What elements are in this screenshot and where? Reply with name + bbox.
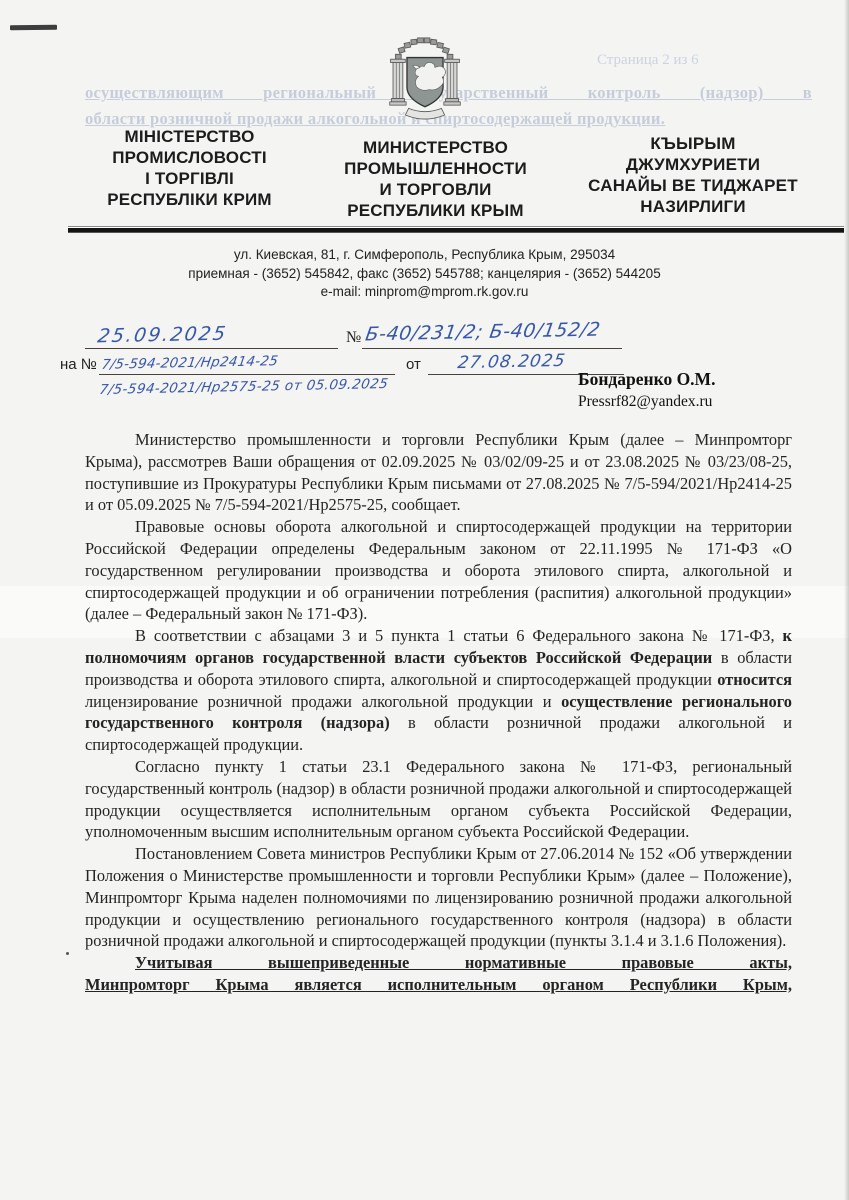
org-name-line: САНАЙЫ ВЕ ТИДЖАРЕТ — [564, 175, 822, 196]
text-run: В соответствии с абзацами 3 и 5 пункта 1… — [135, 626, 783, 645]
org-name-line: РЕСПУБЛИКИ КРЫМ — [313, 200, 558, 221]
recipient-email: Pressrf82@yandex.ru — [578, 393, 715, 411]
paragraph: В соответствии с абзацами 3 и 5 пункта 1… — [85, 625, 792, 756]
paragraph: Министерство промышленности и торговли Р… — [85, 429, 792, 516]
number-underline — [362, 348, 622, 349]
number-label: № — [346, 329, 361, 347]
incoming-number-underline — [99, 374, 395, 375]
scanned-letter-page: Страница 2 из 6 осуществляющим региональ… — [0, 0, 849, 1200]
handwritten-outgoing-number: Б-40/231/2; Б-40/152/2 — [366, 321, 600, 343]
org-name-ukrainian: МІНІСТЕРСТВО ПРОМИСЛОВОСТІ І ТОРГІВЛІ РЕ… — [72, 126, 307, 221]
org-name-line: РЕСПУБЛІКИ КРИМ — [72, 189, 307, 210]
crimea-coat-of-arms-icon — [384, 36, 466, 130]
recipient-name: Бондаренко О.М. — [578, 369, 715, 390]
reply-label: на № — [60, 356, 97, 373]
org-name-line: МИНИСТЕРСТВО — [313, 137, 558, 158]
from-label: от — [406, 356, 421, 373]
org-name-line: ДЖУМХУРИЕТИ — [564, 154, 822, 175]
paragraph: Правовые основы оборота алкогольной и сп… — [85, 516, 792, 625]
handwritten-incoming-date: 27.08.2025 — [458, 352, 565, 372]
org-name-line: КЪЫРЫМ — [564, 133, 822, 154]
text-run: лицензирование розничной продажи алкогол… — [85, 692, 561, 711]
bleedthrough-page-indicator: Страница 2 из 6 — [597, 52, 699, 69]
org-name-line: НАЗИРЛИГИ — [564, 196, 822, 217]
text-run: относится — [717, 670, 792, 689]
org-name-crimean-tatar: КЪЫРЫМ ДЖУМХУРИЕТИ САНАЙЫ ВЕ ТИДЖАРЕТ НА… — [564, 133, 822, 221]
scan-speck — [66, 952, 69, 955]
text-run: Министерство промышленности и торговли Р… — [85, 430, 792, 514]
text-run: Согласно пункту 1 статьи 23.1 Федерально… — [85, 757, 792, 841]
org-name-line: І ТОРГІВЛІ — [72, 168, 307, 189]
handwritten-incoming-number: 7/5-594-2021/Нр2414-25 — [102, 355, 278, 371]
address-block: ул. Киевская, 81, г. Симферополь, Респуб… — [0, 246, 849, 302]
date-underline — [85, 348, 338, 349]
text-run: Постановлением Совета министров Республи… — [85, 844, 792, 950]
paragraph: Учитывая вышеприведенные нормативные пра… — [85, 952, 792, 996]
header-divider-rule — [68, 226, 844, 233]
org-name-russian: МИНИСТЕРСТВО ПРОМЫШЛЕННОСТИ И ТОРГОВЛИ Р… — [313, 137, 558, 221]
scan-artifact-bar — [10, 25, 57, 30]
text-run: Правовые основы оборота алкогольной и сп… — [85, 517, 792, 623]
text-run: Минпромторг Крыма является исполнительны… — [85, 975, 792, 994]
letter-body: Министерство промышленности и торговли Р… — [85, 429, 792, 996]
org-name-header: МІНІСТЕРСТВО ПРОМИСЛОВОСТІ І ТОРГІВЛІ РЕ… — [72, 126, 822, 221]
address-line: ул. Киевская, 81, г. Симферополь, Респуб… — [0, 246, 849, 265]
paragraph: Постановлением Совета министров Республи… — [85, 843, 792, 952]
recipient-block: Бондаренко О.М. Pressrf82@yandex.ru — [578, 369, 715, 411]
address-line: приемная - (3652) 545842, факс (3652) 54… — [0, 265, 849, 284]
org-name-line: И ТОРГОВЛИ — [313, 179, 558, 200]
handwritten-date: 25.09.2025 — [98, 324, 227, 346]
paragraph: Согласно пункту 1 статьи 23.1 Федерально… — [85, 756, 792, 843]
text-run: Учитывая вышеприведенные нормативные пра… — [135, 953, 792, 972]
org-name-line: ПРОМЫШЛЕННОСТИ — [313, 158, 558, 179]
address-email: e-mail: minprom@mprom.rk.gov.ru — [0, 283, 849, 302]
org-name-line: МІНІСТЕРСТВО — [72, 126, 307, 147]
handwritten-second-incoming: 7/5-594-2021/Нр2575-25 от 05.09.2025 — [100, 379, 388, 395]
org-name-line: ПРОМИСЛОВОСТІ — [72, 147, 307, 168]
